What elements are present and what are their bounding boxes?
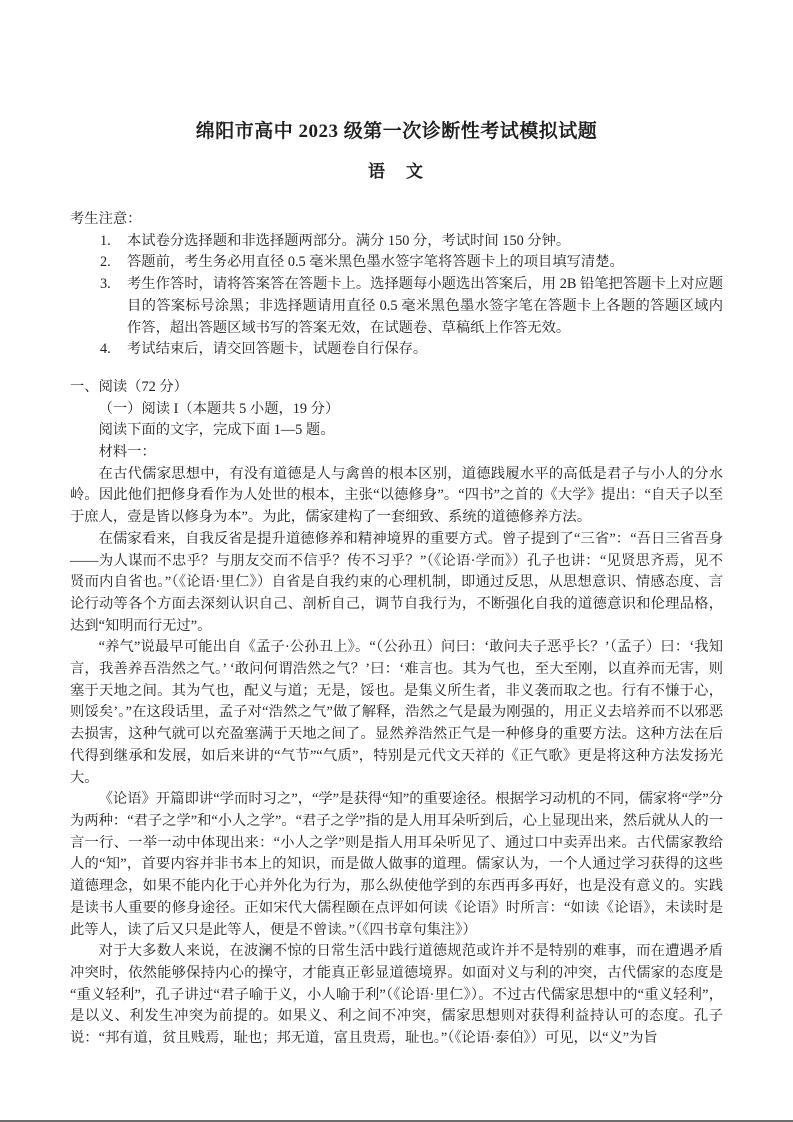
material-paragraph: 在儒家看来，自我反省是提升道德修养和精神境界的重要方式。曾子提到了“三省”：“吾… [70,529,723,638]
material-paragraph: 《论语》开篇即讲“学而时习之”，“学”是获得“知”的重要途径。根据学习动机的不同… [70,789,723,941]
section-heading: 一、阅读（72 分） [70,377,723,399]
notice-item-number: 1. [100,231,125,253]
notice-item-text: 答题前，考生务必用直径 0.5 毫米黑色墨水签字笔将答题卡上的项目填写清楚。 [127,254,624,270]
notice-item-text: 考试结束后，请交回答题卡，试题卷自行保存。 [127,341,427,357]
notice-heading: 考生注意： [70,209,723,231]
notice-item-text: 本试卷分选择题和非选择题两部分。满分 150 分，考试时间 150 分钟。 [127,233,570,249]
notice-item-number: 2. [100,252,125,274]
notice-item-number: 3. [100,274,125,296]
subject-title: 语 文 [70,161,723,183]
notice-item-text: 考生作答时，请将答案答在答题卡上。选择题每小题选出答案后，用 2B 铅笔把答题卡… [127,276,723,335]
notice-item: 3. 考生作答时，请将答案答在答题卡上。选择题每小题选出答案后，用 2B 铅笔把… [70,274,723,339]
material-paragraph: 在古代儒家思想中，有没有道德是人与禽兽的根本区别，道德践履水平的高低是君子与小人… [70,464,723,529]
exam-paper-page: 绵阳市高中 2023 级第一次诊断性考试模拟试题 语 文 考生注意： 1. 本试… [0,0,793,1122]
material-label: 材料一： [70,442,723,464]
page-title: 绵阳市高中 2023 级第一次诊断性考试模拟试题 [70,120,723,144]
notice-item: 1. 本试卷分选择题和非选择题两部分。满分 150 分，考试时间 150 分钟。 [70,231,723,253]
notice-item-number: 4. [100,339,125,361]
material-paragraph: “养气”说最早可能出自《孟子·公孙丑上》。“（公孙丑）问曰：‘敢问夫子恶乎长？’… [70,637,723,789]
reading-instruction: 阅读下面的文字，完成下面 1—5 题。 [70,420,723,442]
notice-item: 4. 考试结束后，请交回答题卡，试题卷自行保存。 [70,339,723,361]
subsection-heading: （一）阅读 I（本题共 5 小题，19 分） [70,399,723,421]
material-paragraphs: 在古代儒家思想中，有没有道德是人与禽兽的根本区别，道德践履水平的高低是君子与小人… [70,464,723,1050]
notice-list: 1. 本试卷分选择题和非选择题两部分。满分 150 分，考试时间 150 分钟。… [70,231,723,361]
material-paragraph: 对于大多数人来说，在波澜不惊的日常生活中践行道德规范或许并不是特别的难事，而在遭… [70,941,723,1050]
notice-item: 2. 答题前，考生务必用直径 0.5 毫米黑色墨水签字笔将答题卡上的项目填写清楚… [70,252,723,274]
